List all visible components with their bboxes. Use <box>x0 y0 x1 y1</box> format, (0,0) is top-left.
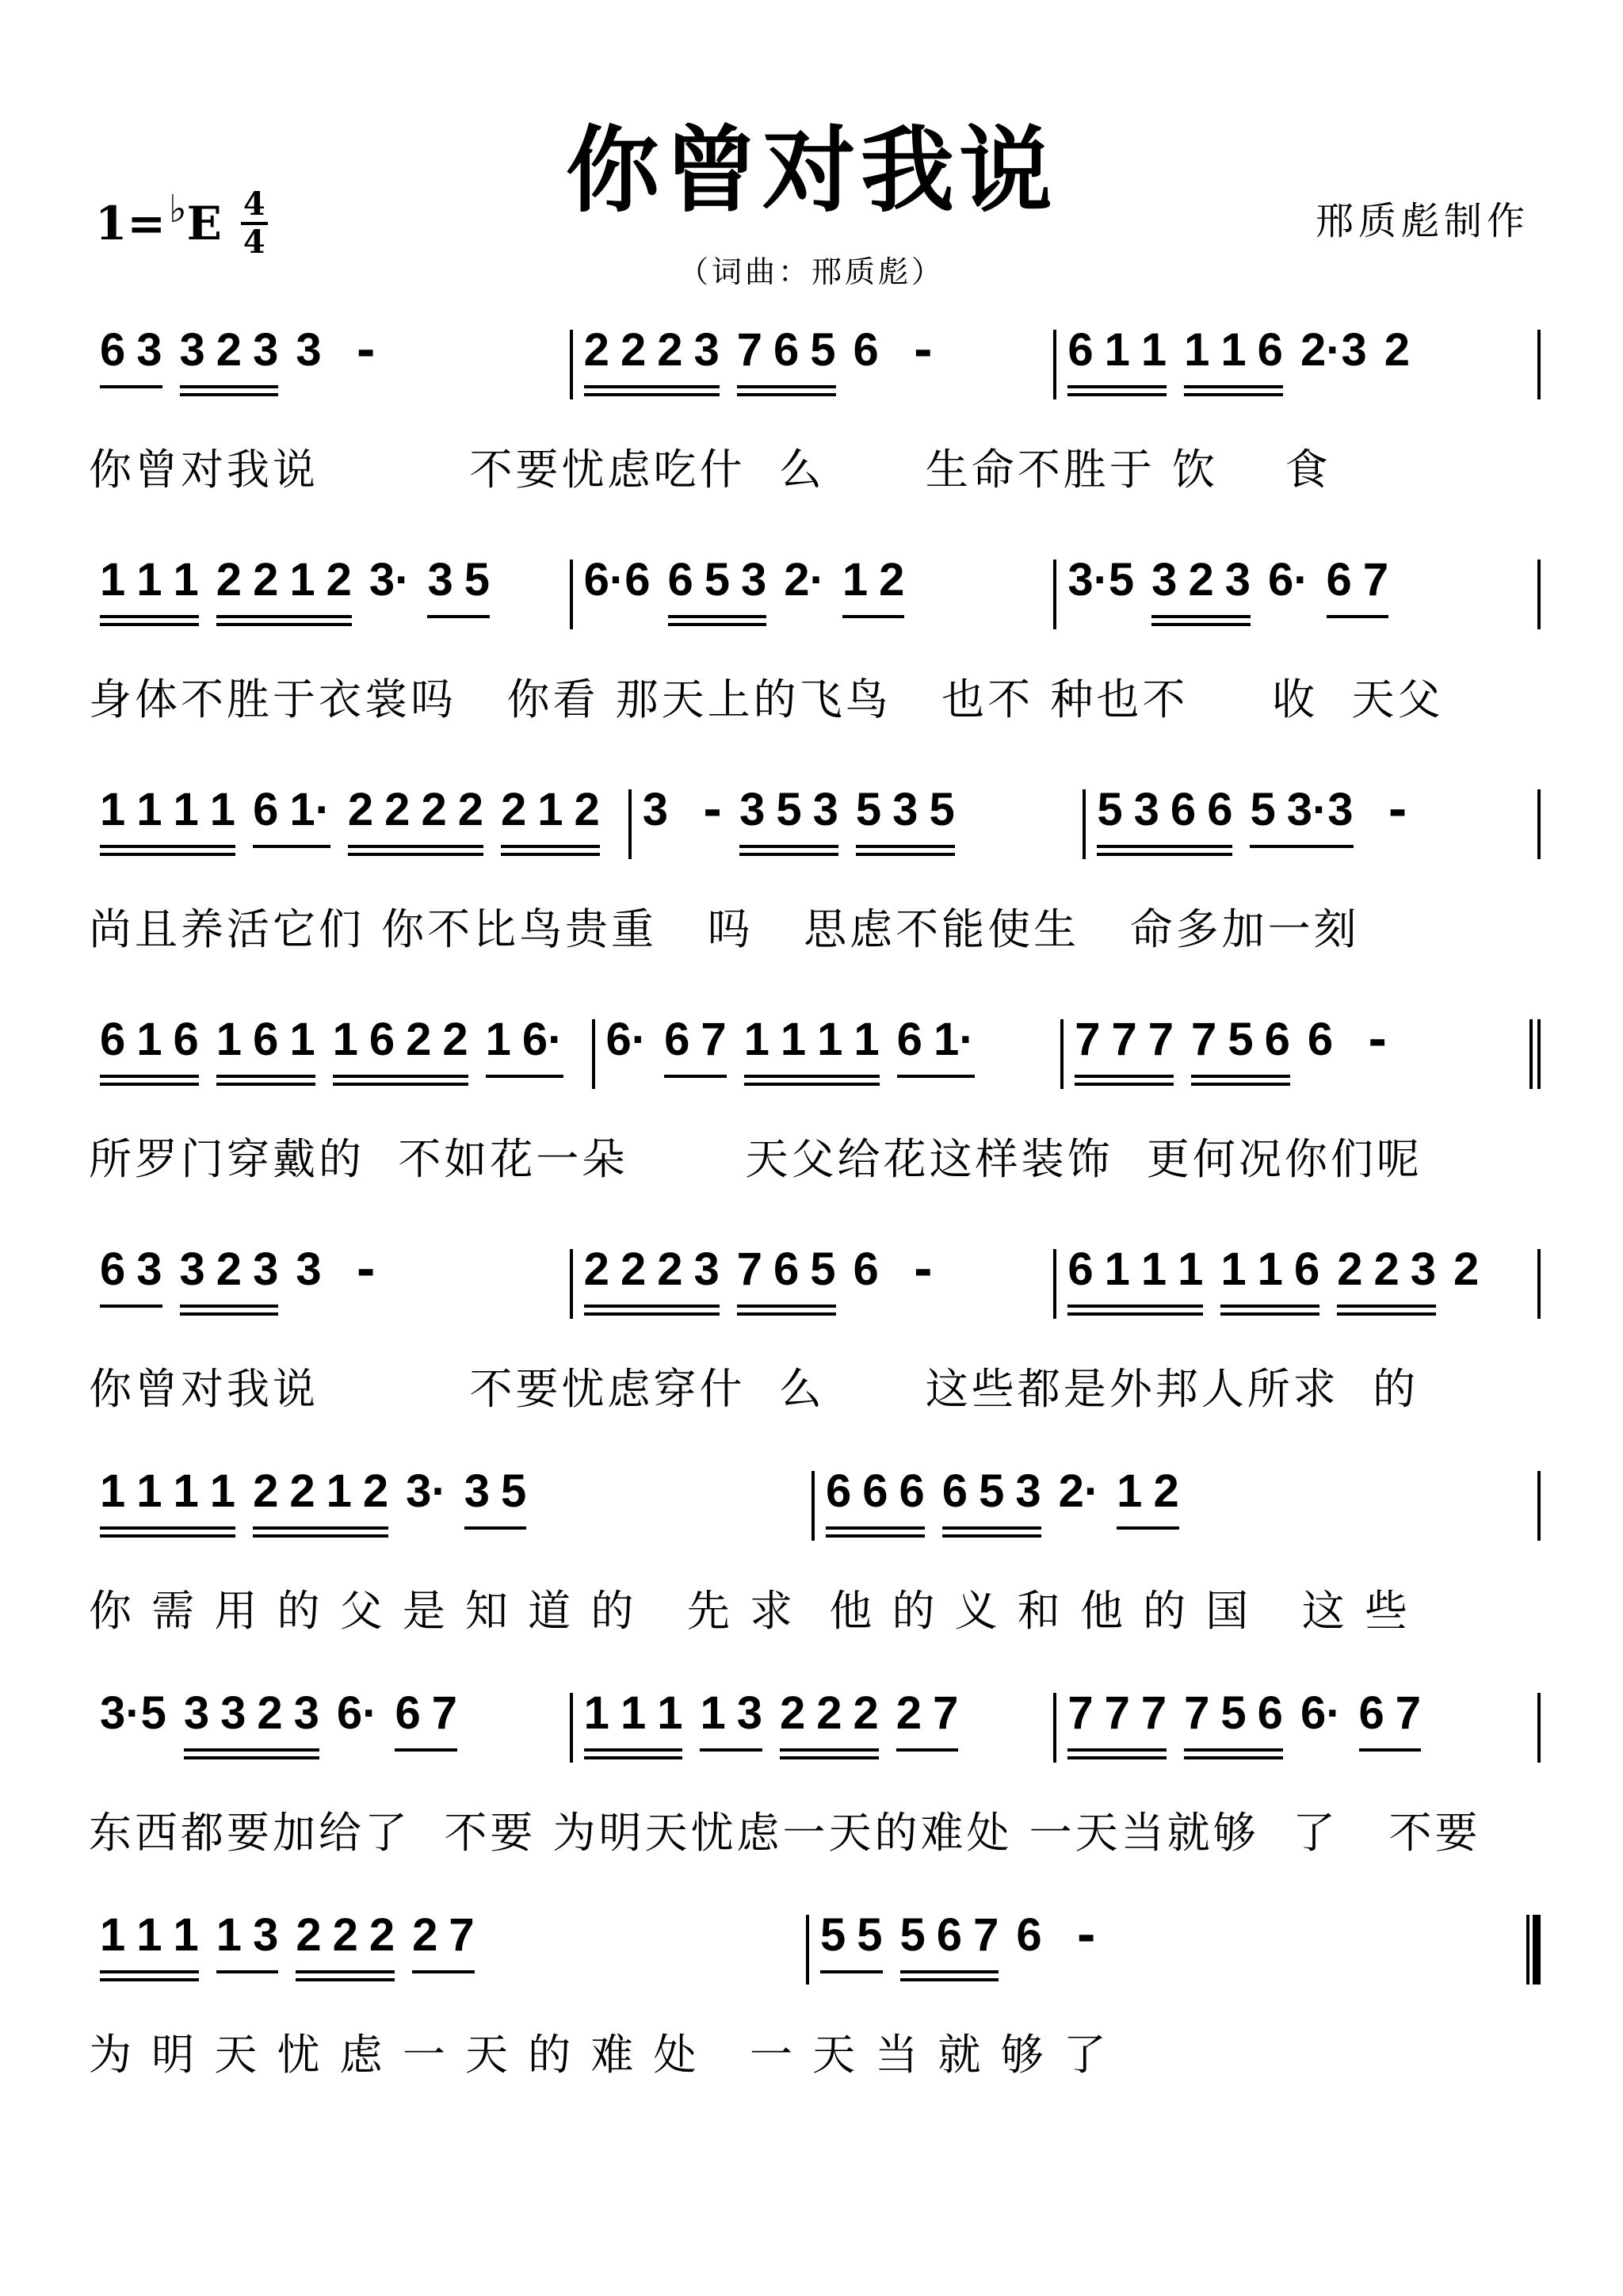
lyrics-line: 所罗门穿戴的 不如花一朵 天父给花这样装饰 更何况你们呢 <box>89 1125 1423 1186</box>
note: 3 <box>813 777 838 843</box>
note: 7 <box>933 1680 958 1747</box>
final-barline <box>1529 1019 1541 1089</box>
note: 3 <box>294 1680 319 1747</box>
note-group: 116 <box>1220 1236 1319 1316</box>
note: 6 <box>773 1236 799 1303</box>
note: 1 <box>216 1902 242 1969</box>
note: 2 <box>621 317 646 384</box>
note: 1 <box>1258 1236 1283 1303</box>
note-group: 212 <box>501 777 600 856</box>
note: 3 <box>464 1458 490 1525</box>
measure: 22237656- <box>573 317 1054 412</box>
beam-line <box>100 845 235 848</box>
beam-line-secondary <box>180 1312 279 1316</box>
note: 6·6 <box>584 547 651 613</box>
note-group: 161 <box>216 1007 315 1086</box>
note: 1 <box>744 1007 769 1073</box>
note: 5 <box>1220 1680 1246 1747</box>
note: 2 <box>1153 1458 1178 1525</box>
note: 6 <box>826 1458 851 1525</box>
note: 2 <box>1373 1236 1399 1303</box>
note: 6 <box>854 1236 879 1303</box>
note: 2· <box>1059 1458 1100 1525</box>
sustain-dash: - <box>703 777 722 843</box>
measure: 3·533236·67 <box>89 1680 570 1775</box>
note: 5 <box>501 1458 526 1525</box>
note: 1· <box>289 777 330 843</box>
beam-line-secondary <box>584 393 720 396</box>
beam-line <box>180 385 279 388</box>
beam-line <box>100 1075 199 1078</box>
notation-system: 616161162216·6·67111161·7777566-所罗门穿戴的 不… <box>89 1007 1541 1197</box>
beam-line-secondary <box>584 1312 720 1316</box>
note: 2 <box>780 1680 805 1747</box>
note: 2 <box>1453 1236 1479 1303</box>
beam-line <box>180 1305 279 1308</box>
note-group: 53·3 <box>1250 777 1353 848</box>
note-group: 567 <box>900 1902 999 1981</box>
note: 6 <box>942 1458 968 1525</box>
note: 3·5 <box>100 1680 166 1747</box>
beam-line <box>739 845 838 848</box>
beam-line-secondary <box>739 853 838 856</box>
beam-line <box>1250 845 1353 848</box>
note: 3 <box>1411 1236 1436 1303</box>
beam-line-secondary <box>100 623 199 626</box>
note-group: 3323 <box>184 1680 319 1759</box>
measure: 7777566·67 <box>1056 1680 1537 1775</box>
lyrics-line: 尚且养活它们 你不比鸟贵重 吗 思虑不能使生 命多加一刻 <box>89 896 1360 957</box>
note: 6 <box>253 777 278 843</box>
note: 3 <box>892 777 918 843</box>
note: 1 <box>1105 1236 1130 1303</box>
measure: 11122123·35 <box>89 547 570 642</box>
note-group: 1111 <box>100 1458 235 1538</box>
note: 7 <box>449 1902 474 1969</box>
note: 2 <box>289 1458 315 1525</box>
note-group: 2222 <box>348 777 483 856</box>
note: 7 <box>737 317 762 384</box>
note: 6 <box>253 1007 278 1073</box>
lyrics-line: 身体不胜于衣裳吗 你看 那天上的飞鸟 也不 种也不 收 天父 <box>89 666 1443 727</box>
note: 2 <box>253 547 278 613</box>
lyrics-line: 你曾对我说 不要忧虑穿什 么 这些都是外邦人所求 的 <box>89 1355 1419 1416</box>
note: 6 <box>1067 1236 1093 1303</box>
note: 1 <box>1220 1236 1246 1303</box>
note: 6 <box>1170 777 1196 843</box>
beam-line-secondary <box>1220 1312 1319 1316</box>
note: 1 <box>100 1458 125 1525</box>
note: 7 <box>737 1236 762 1303</box>
beam-line <box>253 1526 388 1530</box>
note-group: 3· <box>369 547 411 613</box>
note: 3 <box>1151 547 1177 613</box>
beam-line <box>253 845 330 848</box>
beam-line-secondary <box>1075 1083 1174 1086</box>
note: 3· <box>369 547 411 613</box>
beam-line <box>842 615 905 618</box>
beam-line <box>100 1305 162 1308</box>
beam-line-secondary <box>1151 623 1251 626</box>
measure: 6666532·12 <box>815 1458 1537 1553</box>
note-group: 6 <box>854 317 879 384</box>
sustain-dash: - <box>357 1236 376 1303</box>
note-group: 6 <box>1308 1007 1333 1073</box>
note-group: 63 <box>100 1236 162 1308</box>
note-group: 35 <box>464 1458 527 1530</box>
note: 1 <box>817 1007 842 1073</box>
barline <box>1537 330 1541 399</box>
beam-line-secondary <box>348 853 483 856</box>
note: 6 <box>100 317 125 384</box>
measure: 616161162216· <box>89 1007 592 1102</box>
measure: 6111162·32 <box>1056 317 1537 412</box>
note: 2 <box>421 777 446 843</box>
beam-line <box>1184 1748 1283 1752</box>
beam-line <box>100 1526 235 1530</box>
note: 6 <box>395 1680 420 1747</box>
beam-line <box>584 385 720 388</box>
note: 2 <box>257 1680 282 1747</box>
note-group: 2· <box>1059 1458 1100 1525</box>
measure: 111161·2222212 <box>89 777 628 872</box>
note: 1 <box>1141 1236 1167 1303</box>
note: 7 <box>1141 1680 1167 1747</box>
note-group: 67 <box>1359 1680 1422 1752</box>
beam-line <box>100 1970 199 1973</box>
note-group: 6 <box>1016 1902 1041 1969</box>
note-group: 222 <box>780 1680 879 1759</box>
sustain-dash: - <box>357 317 376 384</box>
flat-icon: ♭ <box>169 187 187 231</box>
note: 6 <box>1207 777 1232 843</box>
notes-row: 633233-22237656-61111162232 <box>89 1236 1541 1331</box>
measure: 536653·3- <box>1086 777 1537 872</box>
note: 7 <box>1075 1007 1100 1073</box>
note-group: 13 <box>216 1902 279 1973</box>
beam-line-secondary <box>942 1534 1041 1538</box>
beam-line <box>1151 615 1251 618</box>
note: 3 <box>1225 547 1251 613</box>
note: 1 <box>100 777 125 843</box>
note-group: 2212 <box>253 1458 388 1538</box>
beam-line-secondary <box>1067 1756 1167 1759</box>
author-credit: 邢质彪制作 <box>1316 190 1529 245</box>
note: 5 <box>1250 777 1275 843</box>
note: 2 <box>348 777 373 843</box>
beam-line-secondary <box>333 1083 468 1086</box>
note-group: 61· <box>253 777 330 848</box>
measure: 61111162232 <box>1056 1236 1537 1331</box>
note-group: 3· <box>406 1458 447 1525</box>
notes-row: 616161162216·6·67111161·7777566- <box>89 1007 1541 1102</box>
note: 6 <box>1327 547 1352 613</box>
note: 2 <box>657 1236 682 1303</box>
beam-line-secondary <box>501 853 600 856</box>
note: 1 <box>854 1007 879 1073</box>
beam-line-secondary <box>737 1312 836 1316</box>
beam-line <box>1220 1305 1319 1308</box>
measure: 6·67111161· <box>595 1007 1061 1102</box>
note: 6· <box>606 1007 647 1073</box>
note: 6· <box>1300 1680 1342 1747</box>
note-group: 3 <box>643 777 668 843</box>
note: 7 <box>1191 1007 1216 1073</box>
notes-row: 111161·22222123-353535536653·3- <box>89 777 1541 872</box>
note-group: 1111 <box>100 777 235 856</box>
note-group: 55 <box>820 1902 883 1973</box>
note: 3 <box>737 1680 762 1747</box>
note-group: 6111 <box>1067 1236 1203 1316</box>
note: 2 <box>879 547 904 613</box>
note: 1 <box>700 1680 725 1747</box>
note-group: 777 <box>1067 1680 1167 1759</box>
note-group: 765 <box>737 1236 836 1316</box>
barline <box>1537 560 1541 629</box>
note-group: 63 <box>100 317 162 388</box>
beam-line-secondary <box>184 1756 319 1759</box>
beam-line <box>737 385 836 388</box>
note-group: 6· <box>606 1007 647 1073</box>
beam-line-secondary <box>1097 853 1232 856</box>
beam-line-secondary <box>100 1083 199 1086</box>
note: 5 <box>820 1902 846 1969</box>
note: 3 <box>693 317 719 384</box>
beam-line-secondary <box>856 853 955 856</box>
note: 2 <box>896 1680 922 1747</box>
note: 6 <box>1359 1680 1384 1747</box>
note: 6 <box>773 317 799 384</box>
note: 1 <box>537 777 563 843</box>
note-group: 616 <box>100 1007 199 1086</box>
beam-line-secondary <box>737 393 836 396</box>
beam-line <box>942 1526 1041 1530</box>
note: 2 <box>442 1007 468 1073</box>
measure: 6·66532·12 <box>573 547 1054 642</box>
note-group: 1622 <box>333 1007 468 1086</box>
note: 2 <box>584 1236 609 1303</box>
note: 7 <box>1148 1007 1174 1073</box>
note: 6 <box>862 1458 888 1525</box>
note-group: 2212 <box>216 547 352 626</box>
barline <box>1537 1693 1541 1763</box>
beam-line <box>216 1075 315 1078</box>
beam-line-secondary <box>100 1978 199 1981</box>
note: 2·3 <box>1300 317 1367 384</box>
note-group: 756 <box>1191 1007 1290 1086</box>
beam-line <box>1359 1748 1422 1752</box>
beam-line-secondary <box>668 623 767 626</box>
note: 5 <box>776 777 801 843</box>
beam-line <box>826 1526 925 1530</box>
measure: 7777566- <box>1064 1007 1529 1102</box>
note: 1 <box>333 1007 358 1073</box>
beam-line <box>1067 385 1167 388</box>
measure: 3·53236·67 <box>1056 547 1537 642</box>
note: 1 <box>657 1680 682 1747</box>
note-group: 756 <box>1184 1680 1283 1759</box>
note: 3 <box>739 777 765 843</box>
note-group: 111 <box>584 1680 683 1759</box>
notation-system: 3·533236·6711113222277777566·67东西都要加给了 不… <box>89 1680 1541 1870</box>
note-group: 666 <box>826 1458 925 1538</box>
beam-line-secondary <box>1184 1756 1283 1759</box>
beam-line <box>348 845 483 848</box>
note: 2 <box>621 1236 646 1303</box>
note: 1 <box>136 777 162 843</box>
measure: 555676- <box>809 1902 1526 1997</box>
beam-line <box>501 845 600 848</box>
note: 6 <box>174 1007 199 1073</box>
note: 3 <box>184 1680 209 1747</box>
note: 5 <box>1228 1007 1253 1073</box>
note: 6· <box>337 1680 378 1747</box>
beam-line <box>395 1748 457 1752</box>
note: 1 <box>136 1902 162 1969</box>
note: 3 <box>296 1236 321 1303</box>
note: 6 <box>1016 1902 1041 1969</box>
notation-system: 111161·22222123-353535536653·3-尚且养活它们 你不… <box>89 777 1541 967</box>
note: 3 <box>296 317 321 384</box>
beam-line-secondary <box>1067 393 1167 396</box>
beam-line-secondary <box>744 1083 880 1086</box>
note: 1 <box>1105 317 1130 384</box>
note: 1 <box>174 777 199 843</box>
lyrics-line: 为 明 天 忧 虑 一 天 的 难 处 一 天 当 就 够 了 <box>89 2021 1109 2082</box>
beam-line <box>896 1748 959 1752</box>
note: 2 <box>216 1236 242 1303</box>
measure: 22237656- <box>573 1236 1054 1331</box>
note: 5 <box>900 1902 926 1969</box>
note: 2 <box>412 1902 437 1969</box>
measure: 3-353535 <box>632 777 1083 872</box>
note: 7 <box>1363 547 1388 613</box>
note-group: 2223 <box>584 317 720 396</box>
note: 5 <box>810 1236 835 1303</box>
note-group: 12 <box>1117 1458 1179 1530</box>
note: 7 <box>1112 1007 1137 1073</box>
note: 7 <box>1105 1680 1130 1747</box>
beam-line <box>486 1075 563 1078</box>
beam-line-secondary <box>180 393 279 396</box>
beam-line <box>100 385 162 388</box>
note-group: 13 <box>700 1680 762 1752</box>
beam-line <box>216 615 352 618</box>
note: 2 <box>575 777 600 843</box>
note-group: 1111 <box>744 1007 880 1086</box>
note: 6 <box>937 1902 962 1969</box>
notation-system: 11122123·356·66532·123·53236·67身体不胜于衣裳吗 … <box>89 547 1541 737</box>
note: 2 <box>327 547 352 613</box>
beam-line <box>700 1748 762 1752</box>
note-group: 3 <box>296 317 321 384</box>
note-group: 2 <box>1453 1236 1479 1303</box>
beam-line <box>1067 1748 1167 1752</box>
note-group: 12 <box>842 547 905 618</box>
note-group: 2· <box>784 547 825 613</box>
sustain-dash: - <box>1388 777 1407 843</box>
beam-line <box>464 1526 527 1530</box>
note: 1 <box>486 1007 511 1073</box>
beam-line <box>1184 385 1283 388</box>
note: 1 <box>781 1007 806 1073</box>
lyrics-line: 东西都要加给了 不要 为明天忧虑一天的难处 一天当就够 了 不要 <box>89 1799 1480 1860</box>
beam-line-secondary <box>1067 1312 1203 1316</box>
note: 2 <box>369 1902 395 1969</box>
note: 1 <box>216 1007 242 1073</box>
note: 1 <box>289 547 315 613</box>
notes-row: 3·533236·6711113222277777566·67 <box>89 1680 1541 1775</box>
note: 2 <box>216 547 242 613</box>
note: 2 <box>854 1680 879 1747</box>
beam-line <box>856 845 955 848</box>
beam-line <box>668 615 767 618</box>
note: 2 <box>253 1458 278 1525</box>
note-group: 27 <box>412 1902 475 1973</box>
key-prefix: 1= <box>95 197 166 250</box>
note: 2· <box>784 547 825 613</box>
note: 1 <box>1184 317 1209 384</box>
note: 2 <box>1337 1236 1362 1303</box>
note-group: 3·5 <box>100 1680 166 1747</box>
note: 3 <box>643 777 668 843</box>
note: 2 <box>657 317 682 384</box>
note-group: 765 <box>737 317 836 396</box>
notes-row: 633233-22237656-6111162·32 <box>89 317 1541 412</box>
note: 1 <box>210 1458 235 1525</box>
note: 6 <box>1258 317 1283 384</box>
time-top: 4 <box>243 189 265 220</box>
note: 7 <box>1396 1680 1421 1747</box>
beam-line <box>184 1748 319 1752</box>
note-group: 27 <box>896 1680 959 1752</box>
note: 1 <box>1220 317 1246 384</box>
sustain-dash: - <box>1077 1902 1096 1969</box>
note-group: 777 <box>1075 1007 1174 1086</box>
note: 6 <box>1308 1007 1333 1073</box>
note: 3· <box>406 1458 447 1525</box>
beam-line-secondary <box>1191 1083 1290 1086</box>
note: 2 <box>216 317 242 384</box>
note: 6 <box>897 1007 922 1073</box>
measure: 111122123·35 <box>89 1458 811 1553</box>
note: 1· <box>934 1007 975 1073</box>
notation-system: 1111322227555676-为 明 天 忧 虑 一 天 的 难 处 一 天… <box>89 1902 1541 2092</box>
beam-line <box>820 1970 883 1973</box>
beam-line <box>1191 1075 1290 1078</box>
beam-line <box>412 1970 475 1973</box>
beam-line <box>1327 615 1389 618</box>
note: 6· <box>1268 547 1309 613</box>
barline <box>1537 1249 1541 1319</box>
beam-line-secondary <box>1337 1312 1436 1316</box>
note: 6 <box>668 547 693 613</box>
note: 7 <box>432 1680 457 1747</box>
note: 3 <box>427 547 453 613</box>
note: 6 <box>100 1236 125 1303</box>
note-group: 2223 <box>584 1236 720 1316</box>
note: 5 <box>705 547 730 613</box>
note: 2 <box>458 777 483 843</box>
lyrics-line: 你 需 用 的 父 是 知 道 的 先 求 他 的 义 和 他 的 国 这 些 <box>89 1577 1411 1638</box>
note: 5 <box>1097 777 1122 843</box>
note-group: 3 <box>296 1236 321 1303</box>
note: 7 <box>1184 1680 1209 1747</box>
note: 6 <box>854 317 879 384</box>
notes-row: 11122123·356·66532·123·53236·67 <box>89 547 1541 642</box>
note: 1 <box>289 1007 315 1073</box>
note: 3·3 <box>1287 777 1354 843</box>
